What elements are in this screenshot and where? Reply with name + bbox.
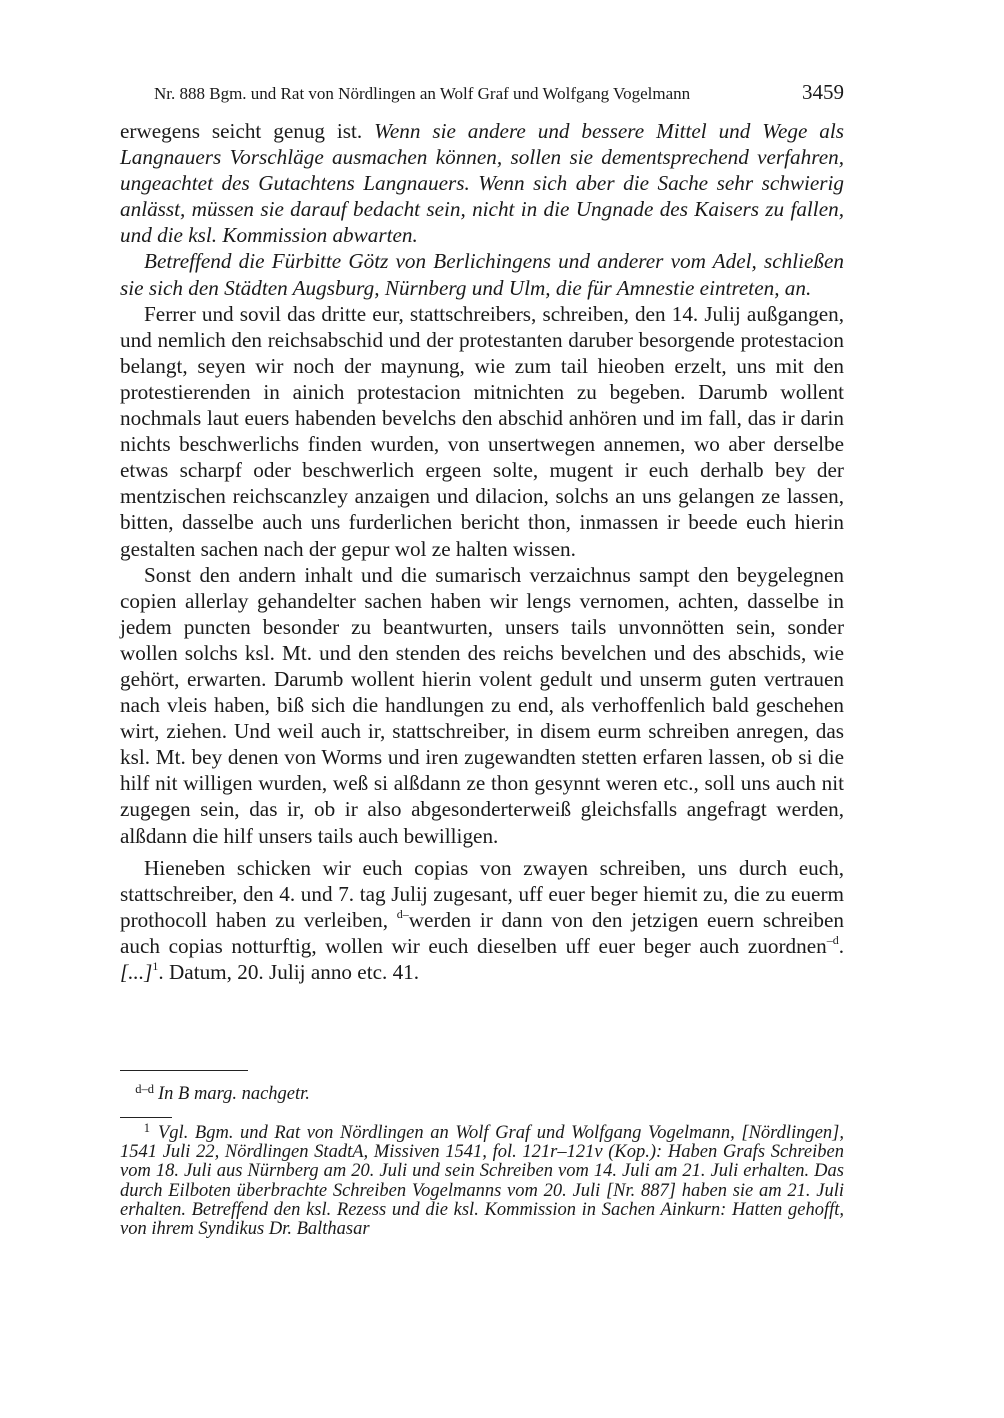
footnote-commentary-1: 1Vgl. Bgm. und Rat von Nördlingen an Wol… — [120, 1124, 844, 1239]
footnote-textual-mark: d–d — [120, 1078, 154, 1100]
paragraph-1-edition-text: erwegens seicht genug ist. — [120, 119, 374, 143]
main-text: erwegens seicht genug ist. Wenn sie ande… — [120, 118, 844, 985]
footnote-mark-d-open[interactable]: d– — [397, 907, 409, 921]
running-title: Nr. 888 Bgm. und Rat von Nördlingen an W… — [154, 84, 690, 104]
paragraph-5-text-c: . — [839, 934, 844, 958]
paragraph-4: Sonst den andern inhalt und die sumarisc… — [120, 562, 844, 849]
paragraph-5: Hieneben schicken wir euch copias von zw… — [120, 855, 844, 985]
page-number: 3459 — [802, 80, 844, 105]
footnote-divider-commentary — [120, 1117, 172, 1118]
running-head: Nr. 888 Bgm. und Rat von Nördlingen an W… — [154, 80, 844, 106]
paragraph-1: erwegens seicht genug ist. Wenn sie ande… — [120, 118, 844, 248]
footnote-commentary-text: Vgl. Bgm. und Rat von Nördlingen an Wolf… — [120, 1123, 844, 1239]
footnote-divider-textual — [120, 1070, 248, 1071]
paragraph-3: Ferrer und sovil das dritte eur, stattsc… — [120, 301, 844, 562]
footnote-textual-d: d–dIn B marg. nachgetr. — [120, 1078, 844, 1105]
omission-marker: [...] — [120, 960, 152, 984]
footnote-mark-d-close[interactable]: –d — [827, 933, 839, 947]
paragraph-2: Betreffend die Fürbitte Götz von Berlich… — [120, 248, 844, 300]
paragraph-5-dating: . Datum, 20. Julij anno etc. 41. — [158, 960, 419, 984]
footnote-textual-text: In B marg. nachgetr. — [158, 1084, 310, 1104]
paragraph-2-summary: Betreffend die Fürbitte Götz von Berlich… — [120, 249, 844, 299]
